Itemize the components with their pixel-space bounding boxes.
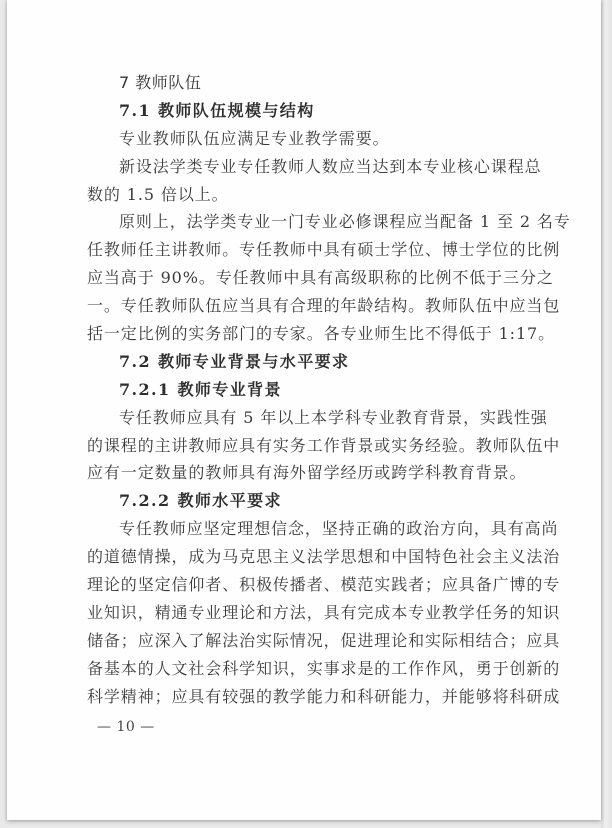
paragraph-line: 专任教师应坚定理想信念，坚持正确的政治方向，具有高尚	[87, 515, 527, 543]
paragraph-line: 理论的坚定信仰者、积极传播者、模范实践者；应具备广博的专	[87, 571, 527, 599]
document-page: 7 教师队伍 7.1 教师队伍规模与结构 专业教师队伍应满足专业教学需要。 新设…	[7, 0, 601, 820]
paragraph-line: 新设法学类专业专任教师人数应当达到本专业核心课程总	[87, 153, 527, 181]
paragraph-line: 一。专任教师队伍应当具有合理的年龄结构。教师队伍中应当包	[87, 292, 527, 320]
paragraph-line: 任教师任主讲教师。专任教师中具有硕士学位、博士学位的比例	[87, 236, 527, 264]
paragraph-line: 应当高于 90%。专任教师中具有高级职称的比例不低于三分之	[87, 264, 527, 292]
paragraph-line: 括一定比例的实务部门的专家。各专业师生比不得低于 1:17。	[87, 320, 527, 348]
paragraph-line: 数的 1.5 倍以上。	[87, 181, 527, 209]
paragraph-line: 原则上，法学类专业一门专业必修课程应当配备 1 至 2 名专	[87, 208, 527, 236]
paragraph-line: 的道德情操，成为马克思主义法学思想和中国特色社会主义法治	[87, 543, 527, 571]
paragraph-line: 专业教师队伍应满足专业教学需要。	[87, 125, 527, 153]
subsection-heading-7-1: 7.1 教师队伍规模与结构	[87, 97, 527, 125]
paragraph-line: 储备；应深入了解法治实际情况，促进理论和实际相结合；应具	[87, 627, 527, 655]
subsection-heading-7-2-2: 7.2.2 教师水平要求	[87, 487, 527, 515]
paragraph-line: 科学精神；应具有较强的教学能力和科研能力，并能够将科研成	[87, 683, 527, 711]
paragraph-line: 专任教师应具有 5 年以上本学科专业教育背景，实践性强	[87, 404, 527, 432]
page-edge-shadow	[601, 0, 612, 828]
subsection-heading-7-2-1: 7.2.1 教师专业背景	[87, 376, 527, 404]
paragraph-line: 备基本的人文社会科学知识，实事求是的工作作风，勇于创新的	[87, 655, 527, 683]
paragraph-line: 的课程的主讲教师应具有实务工作背景或实务经验。教师队伍中	[87, 432, 527, 460]
section-heading: 7 教师队伍	[87, 69, 527, 97]
page-content: 7 教师队伍 7.1 教师队伍规模与结构 专业教师队伍应满足专业教学需要。 新设…	[87, 69, 527, 710]
paragraph-line: 应有一定数量的教师具有海外留学经历或跨学科教育背景。	[87, 459, 527, 487]
paragraph-line: 业知识，精通专业理论和方法，具有完成本专业教学任务的知识	[87, 599, 527, 627]
subsection-heading-7-2: 7.2 教师专业背景与水平要求	[87, 348, 527, 376]
page-number: — 10 —	[97, 716, 155, 738]
